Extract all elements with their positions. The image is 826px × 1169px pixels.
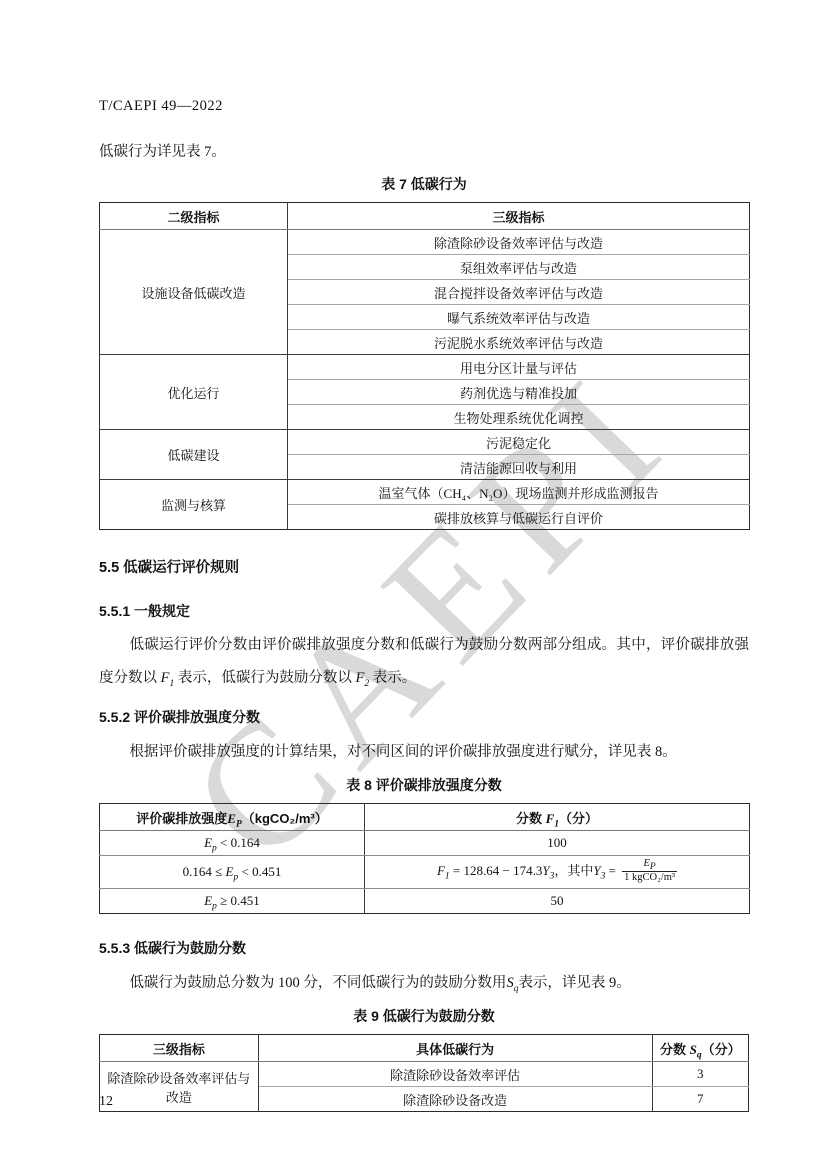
symbol-y3: Y: [593, 863, 600, 878]
table9-score: 3: [652, 1062, 748, 1087]
paragraph-5-5-1: 低碳运行评价分数由评价碳排放强度分数和低碳行为鼓励分数两部分组成。其中，评价碳排…: [99, 629, 749, 695]
table7-header-row: 二级指标 三级指标: [100, 203, 750, 230]
table8-header-row: 评价碳排放强度EP（kgCO₂/m³） 分数 F1（分）: [100, 804, 750, 831]
table7-item: 清洁能源回收与利用: [288, 455, 750, 480]
symbol-f1: F: [546, 811, 555, 826]
page-content: T/CAEPI 49—2022 低碳行为详见表 7。 表 7 低碳行为 二级指标…: [99, 0, 749, 1112]
table9-col1-header: 三级指标: [100, 1035, 259, 1062]
condition-text: ≥ 0.451: [217, 893, 260, 908]
header-text: （kgCO₂/m³）: [242, 811, 328, 826]
table9-col3-header: 分数 Sq（分）: [652, 1035, 748, 1062]
table7-group-label: 优化运行: [100, 355, 288, 430]
header-text: 分数: [516, 811, 546, 826]
symbol-ep: E: [204, 835, 212, 850]
table9-behavior: 除渣除砂设备效率评估: [258, 1062, 652, 1087]
symbol-f2: F: [355, 670, 364, 686]
table-row: 监测与核算 温室气体（CH₄、N₂O）现场监测并形成监测报告: [100, 480, 750, 505]
table7-col2-header: 三级指标: [288, 203, 750, 230]
table8-score: 50: [365, 889, 750, 914]
condition-text: < 0.164: [217, 835, 260, 850]
symbol-ep-sub: P: [650, 862, 656, 872]
fraction-denominator: 1 kgCO₂/m³: [622, 872, 677, 885]
table8-col2-header: 分数 F1（分）: [365, 804, 750, 831]
table8: 评价碳排放强度EP（kgCO₂/m³） 分数 F1（分） Ep < 0.164 …: [99, 803, 750, 914]
table7-item: 污泥脱水系统效率评估与改造: [288, 330, 750, 355]
symbol-ep: E: [204, 893, 212, 908]
table9-col2-header: 具体低碳行为: [258, 1035, 652, 1062]
formula-text: = 128.64 − 174.3: [450, 863, 543, 878]
standard-number: T/CAEPI 49—2022: [99, 0, 749, 115]
symbol-ep: E: [226, 864, 234, 879]
paragraph-5-5-3: 低碳行为鼓励总分数为 100 分，不同低碳行为的鼓励分数用Sq表示，详见表 9。: [99, 972, 749, 994]
table-row: 除渣除砂设备效率评估与改造 除渣除砂设备效率评估 3: [100, 1062, 749, 1087]
paragraph-5-5-2: 根据评价碳排放强度的计算结果，对不同区间的评价碳排放强度进行赋分，详见表 8。: [99, 741, 749, 763]
paragraph-text: 表示。: [369, 670, 416, 686]
table8-condition: Ep ≥ 0.451: [100, 889, 365, 914]
table7-item: 温室气体（CH₄、N₂O）现场监测并形成监测报告: [288, 480, 750, 505]
table7-item: 药剂优选与精准投加: [288, 380, 750, 405]
table7-item: 污泥稳定化: [288, 430, 750, 455]
header-text: （分）: [559, 811, 598, 826]
page-number: 12: [99, 1094, 113, 1110]
table-row: 0.164 ≤ Ep < 0.451 F1 = 128.64 − 174.3Y3…: [100, 856, 750, 889]
table9-score: 7: [652, 1087, 748, 1112]
table9-header-row: 三级指标 具体低碳行为 分数 Sq（分）: [100, 1035, 749, 1062]
table-row: 低碳建设 污泥稳定化: [100, 430, 750, 455]
symbol-y3: Y: [542, 863, 549, 878]
header-text: 评价碳排放强度: [136, 811, 227, 826]
paragraph-text: 表示，详见表 9。: [518, 975, 630, 991]
formula-text: =: [605, 863, 619, 878]
section-5-5-3-heading: 5.5.3 低碳行为鼓励分数: [99, 938, 749, 958]
table8-col1-header: 评价碳排放强度EP（kgCO₂/m³）: [100, 804, 365, 831]
table8-condition: Ep < 0.164: [100, 831, 365, 856]
condition-text: < 0.451: [238, 864, 281, 879]
fraction: EP1 kgCO₂/m³: [622, 858, 677, 884]
table-row: Ep ≥ 0.451 50: [100, 889, 750, 914]
condition-text: 0.164 ≤: [183, 864, 226, 879]
table-row: 设施设备低碳改造 除渣除砂设备效率评估与改造: [100, 230, 750, 255]
table8-title: 表 8 评价碳排放强度分数: [99, 775, 749, 795]
table9-behavior: 除渣除砂设备改造: [258, 1087, 652, 1112]
table8-score: 100: [365, 831, 750, 856]
table7-item: 用电分区计量与评估: [288, 355, 750, 380]
paragraph-text: 表示，低碳行为鼓励分数以: [174, 670, 355, 686]
table7-item: 混合搅拌设备效率评估与改造: [288, 280, 750, 305]
table7-group-label: 监测与核算: [100, 480, 288, 530]
symbol-f1: F: [437, 863, 445, 878]
table-row: Ep < 0.164 100: [100, 831, 750, 856]
table7-item: 生物处理系统优化调控: [288, 405, 750, 430]
table9-group-label: 除渣除砂设备效率评估与改造: [100, 1062, 259, 1112]
table7-item: 碳排放核算与低碳运行自评价: [288, 505, 750, 530]
table7-title: 表 7 低碳行为: [99, 174, 749, 194]
table7-col1-header: 二级指标: [100, 203, 288, 230]
table7-group-label: 低碳建设: [100, 430, 288, 480]
section-5-5-heading: 5.5 低碳运行评价规则: [99, 556, 749, 577]
symbol-ep: E: [227, 811, 236, 826]
table7-group-label: 设施设备低碳改造: [100, 230, 288, 355]
paragraph-text: 低碳行为鼓励总分数为 100 分，不同低碳行为的鼓励分数用: [129, 975, 506, 991]
table7-item: 除渣除砂设备效率评估与改造: [288, 230, 750, 255]
table7-item: 曝气系统效率评估与改造: [288, 305, 750, 330]
section-5-5-2-heading: 5.5.2 评价碳排放强度分数: [99, 707, 749, 727]
table8-formula: F1 = 128.64 − 174.3Y3，其中Y3 = EP1 kgCO₂/m…: [365, 856, 750, 889]
table7: 二级指标 三级指标 设施设备低碳改造 除渣除砂设备效率评估与改造 泵组效率评估与…: [99, 202, 750, 530]
table-row: 优化运行 用电分区计量与评估: [100, 355, 750, 380]
table9: 三级指标 具体低碳行为 分数 Sq（分） 除渣除砂设备效率评估与改造 除渣除砂设…: [99, 1034, 749, 1112]
document-page: CAEPI T/CAEPI 49—2022 低碳行为详见表 7。 表 7 低碳行…: [0, 0, 826, 1169]
symbol-sq: S: [506, 975, 513, 991]
header-text: 分数: [660, 1042, 690, 1057]
intro-paragraph: 低碳行为详见表 7。: [99, 140, 749, 161]
table9-title: 表 9 低碳行为鼓励分数: [99, 1006, 749, 1026]
table7-item: 泵组效率评估与改造: [288, 255, 750, 280]
table8-condition: 0.164 ≤ Ep < 0.451: [100, 856, 365, 889]
header-text: （分）: [702, 1042, 741, 1057]
formula-text: ，其中: [554, 863, 593, 878]
fraction-numerator: EP: [622, 858, 677, 872]
symbol-sq: S: [690, 1042, 697, 1057]
section-5-5-1-heading: 5.5.1 一般规定: [99, 601, 749, 621]
